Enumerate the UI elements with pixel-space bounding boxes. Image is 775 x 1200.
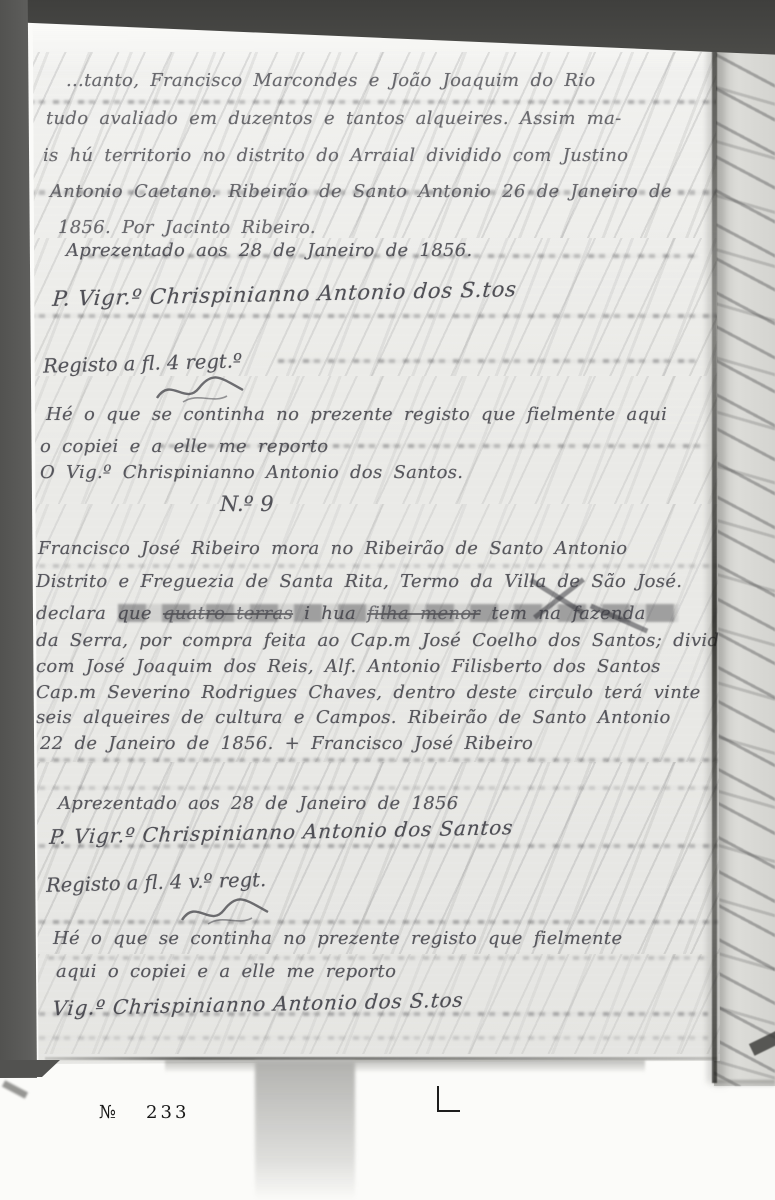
strikethrough-text: quatro terras — [163, 603, 293, 624]
ink-smudge — [28, 920, 718, 924]
stamp-no-symbol: № — [99, 1102, 116, 1123]
entry-signature-line: 22 de Janeiro de 1856. + Francisco José … — [40, 733, 533, 754]
adjacent-page-ink-strokes — [714, 0, 775, 1086]
strikethrough-text: filha menor — [367, 603, 480, 624]
rubric-flourish-icon — [178, 898, 273, 928]
entry-line: Francisco José Ribeiro mora no Ribeirão … — [38, 538, 627, 559]
manuscript-page: 267 ...tanto, Francisco Marcondes e João… — [28, 14, 720, 1064]
presented-note: Aprezentado aos 28 de Janeiro de 1856. — [66, 240, 473, 261]
ink-smudge — [28, 786, 718, 790]
scanner-background-mark — [2, 1080, 28, 1098]
page-bottom-shadow — [165, 1060, 645, 1073]
ink-smudge — [28, 100, 718, 104]
certification-line: Hé o que se continha no prezente registo… — [53, 928, 622, 949]
rubric-flourish-icon — [153, 376, 248, 406]
adjacent-page-bottom-shadow — [714, 1080, 775, 1088]
scanned-register-page: 267 ...tanto, Francisco Marcondes e João… — [0, 0, 775, 1200]
ink-smudge — [278, 359, 698, 363]
ink-smudge — [28, 1036, 708, 1040]
crop-mark-icon — [437, 1086, 460, 1112]
stamp-number: 233 — [146, 1102, 189, 1123]
entry-text: tem na fazenda — [480, 603, 645, 624]
intro-line: tudo avaliado em duzentos e tantos alque… — [46, 108, 622, 129]
scan-shadow-block — [255, 1061, 355, 1200]
entry-line: da Serra, por compra feita ao Cap.m José… — [36, 630, 720, 651]
register-folio-note: Registo a fl. 4 v.º regt. — [46, 868, 267, 897]
intro-line: Antonio Caetano. Ribeirão de Santo Anton… — [50, 181, 672, 202]
entry-line: Cap.m Severino Rodrigues Chaves, dentro … — [36, 682, 701, 703]
intro-line: 1856. Por Jacinto Ribeiro. — [58, 217, 316, 238]
certification-line: O Vig.º Chrispinianno Antonio dos Santos… — [40, 462, 463, 483]
ink-smudge — [28, 564, 718, 568]
ink-smudge — [48, 956, 708, 960]
ink-smudge — [28, 758, 718, 762]
adjacent-page-edge — [714, 0, 775, 1086]
entry-line: Distrito e Freguezia de Santa Rita, Term… — [36, 571, 682, 592]
page-number-stamp: № 233 — [99, 1102, 189, 1123]
ink-smudge — [28, 314, 718, 318]
certification-line: aqui o copiei e a elle me reporto — [56, 961, 396, 982]
entry-text: declara que — [36, 603, 163, 624]
gutter-crease — [712, 48, 717, 1083]
certification-line: Hé o que se continha no prezente registo… — [46, 404, 667, 425]
intro-line: is hú territorio no distrito do Arraial … — [43, 145, 628, 166]
certification-line: o copiei e a elle me reporto — [40, 436, 328, 457]
entry-number-heading: N.º 9 — [220, 492, 274, 516]
entry-text: i hua — [293, 603, 367, 624]
register-folio-note: Registo a fl. 4 regt.º — [43, 349, 243, 377]
vicar-signature: Vig.º Chrispinianno Antonio dos S.tos — [52, 988, 465, 1021]
entry-line: seis alqueires de cultura e Campos. Ribe… — [36, 707, 671, 728]
entry-line-with-corrections: declara que quatro terras i hua filha me… — [36, 603, 646, 624]
vicar-signature: P. Vigr.º Chrispinianno Antonio dos Sant… — [49, 815, 515, 849]
entry-line: com José Joaquim dos Reis, Alf. Antonio … — [36, 656, 661, 677]
ink-bleedthrough — [28, 762, 720, 954]
scanner-background-left-foot — [0, 1060, 60, 1077]
intro-line: ...tanto, Francisco Marcondes e João Joa… — [66, 70, 595, 91]
vicar-signature: P. Vigr.º Chrispinianno Antonio dos S.to… — [52, 277, 518, 311]
presented-note: Aprezentado aos 28 de Janeiro de 1856 — [58, 793, 459, 814]
